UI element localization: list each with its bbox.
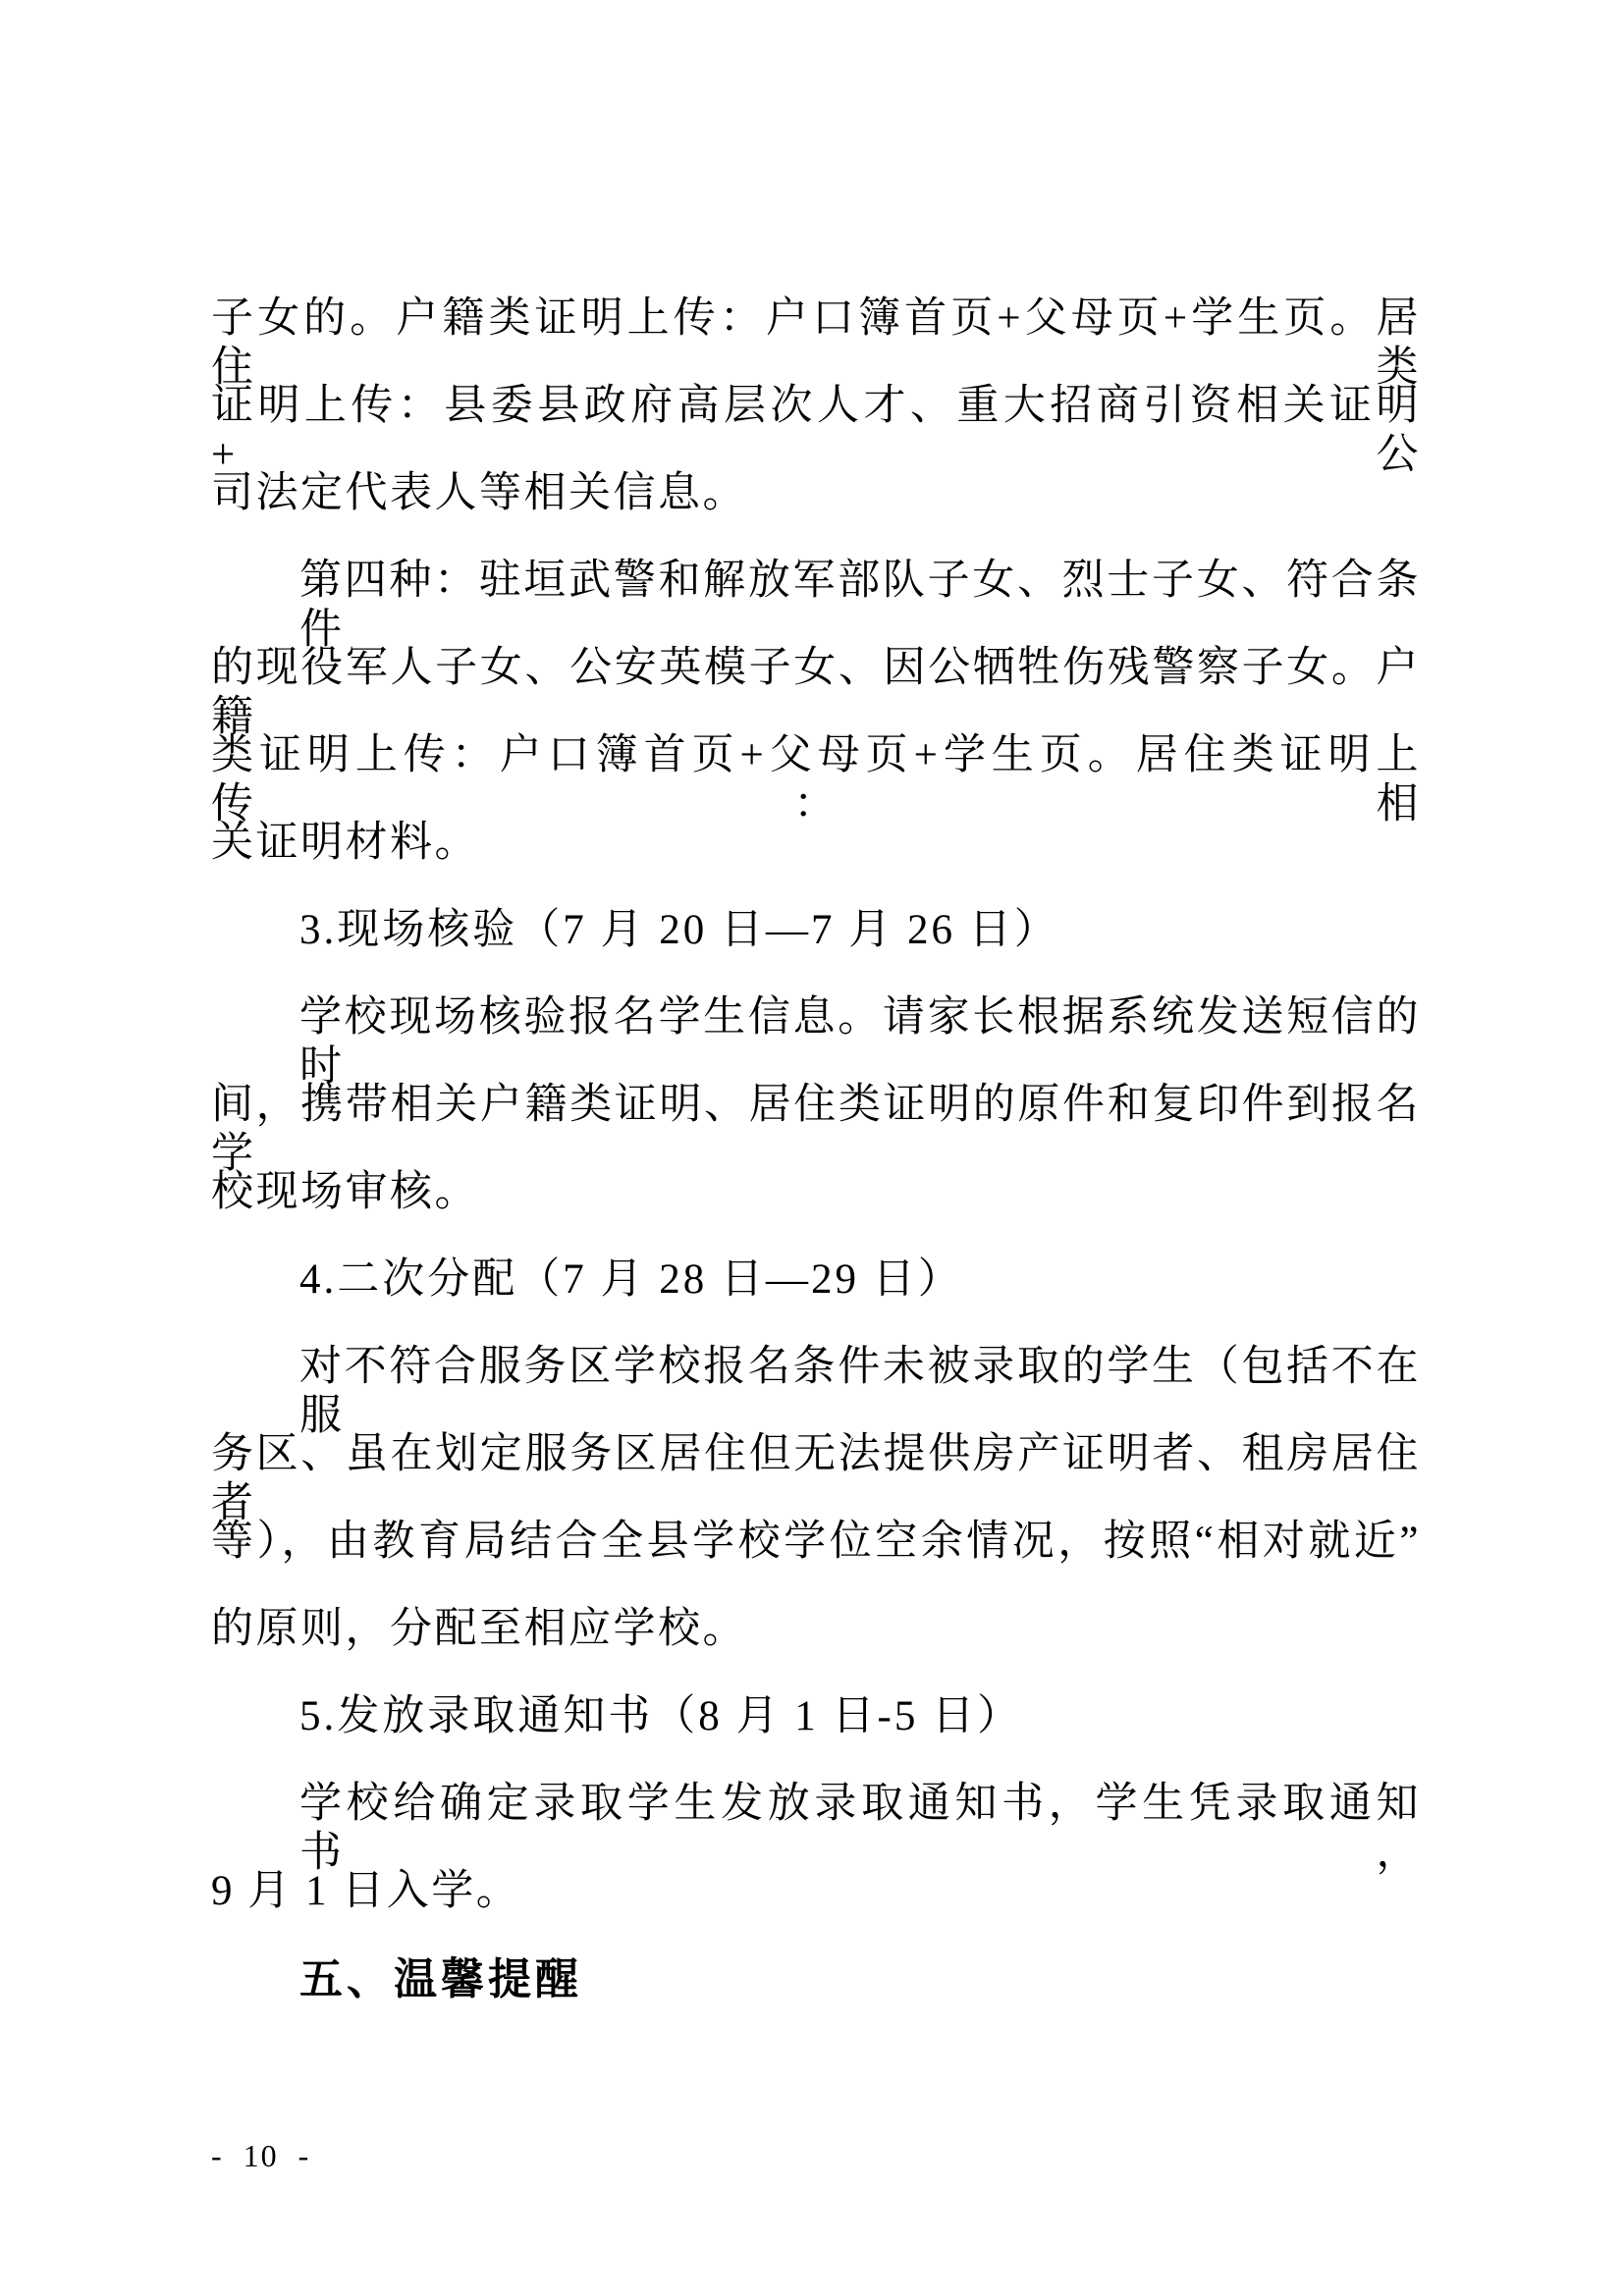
section-heading-admission-notice: 5.发放录取通知书（8 月 1 日-5 日） <box>211 1692 1421 1780</box>
paragraph-line: 司法定代表人等相关信息。 <box>211 469 1421 557</box>
section-heading-second-allocation: 4.二次分配（7 月 28 日—29 日） <box>211 1255 1421 1343</box>
paragraph-line: 9 月 1 日入学。 <box>211 1867 1421 1954</box>
paragraph-line: 关证明材料。 <box>211 819 1421 906</box>
paragraph-line: 等），由教育局结合全县学校学位空余情况，按照“相对就近” <box>211 1518 1421 1605</box>
page-number: - 10 - <box>211 2138 310 2174</box>
paragraph-line: 证明上传：县委县政府高层次人才、重大招商引资相关证明+公 <box>211 382 1421 469</box>
document-page: 子女的。户籍类证明上传：户口簿首页+父母页+学生页。居住类 证明上传：县委县政府… <box>0 0 1624 2296</box>
section-heading-onsite-check: 3.现场核验（7 月 20 日—7 月 26 日） <box>211 906 1421 993</box>
paragraph-line: 学校现场核验报名学生信息。请家长根据系统发送短信的时 <box>211 993 1421 1081</box>
paragraph-line: 务区、虽在划定服务区居住但无法提供房产证明者、租房居住者 <box>211 1430 1421 1518</box>
paragraph-line: 类证明上传：户口簿首页+父母页+学生页。居住类证明上传：相 <box>211 731 1421 819</box>
paragraph-line: 校现场审核。 <box>211 1168 1421 1255</box>
paragraph-line: 对不符合服务区学校报名条件未被录取的学生（包括不在服 <box>211 1343 1421 1430</box>
paragraph-line: 间，携带相关户籍类证明、居住类证明的原件和复印件到报名学 <box>211 1081 1421 1168</box>
paragraph-line: 的现役军人子女、公安英模子女、因公牺牲伤残警察子女。户籍 <box>211 644 1421 731</box>
paragraph-line: 的原则，分配至相应学校。 <box>211 1605 1421 1692</box>
paragraph-line: 子女的。户籍类证明上传：户口簿首页+父母页+学生页。居住类 <box>211 294 1421 382</box>
chapter-heading-warm-reminder: 五、温馨提醒 <box>211 1954 1421 2042</box>
document-text-block: 子女的。户籍类证明上传：户口簿首页+父母页+学生页。居住类 证明上传：县委县政府… <box>211 294 1421 2042</box>
paragraph-line: 学校给确定录取学生发放录取通知书，学生凭录取通知书， <box>211 1780 1421 1867</box>
paragraph-line: 第四种：驻垣武警和解放军部队子女、烈士子女、符合条件 <box>211 557 1421 644</box>
